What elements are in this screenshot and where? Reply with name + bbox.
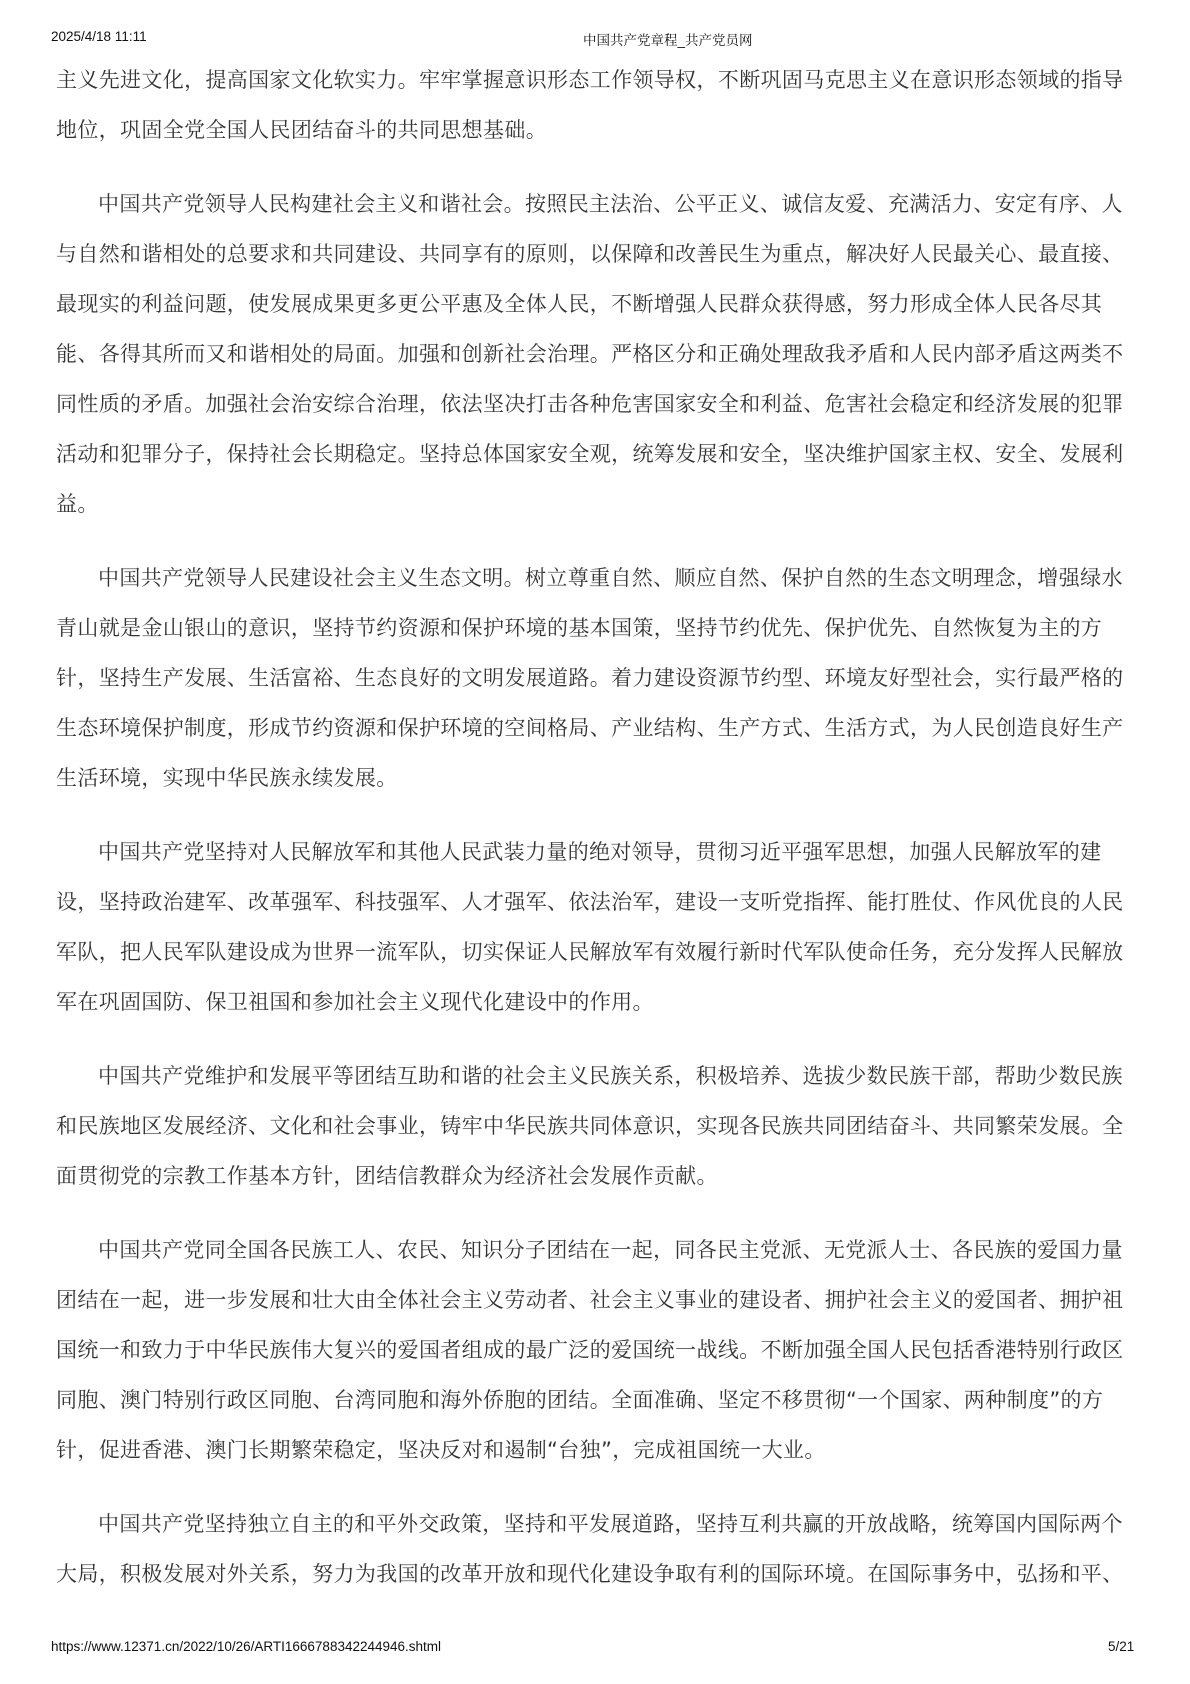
paragraph-line: 面贯彻党的宗教工作基本方针，团结信教群众为经济社会发展作贡献。 — [56, 1158, 1136, 1208]
paragraph-line: 中国共产党领导人民构建社会主义和谐社会。按照民主法治、公平正义、诚信友爱、充满活… — [56, 186, 1136, 236]
paragraph-line: 中国共产党维护和发展平等团结互助和谐的社会主义民族关系，积极培养、选拔少数民族干… — [56, 1058, 1136, 1108]
paragraph-line: 中国共产党坚持独立自主的和平外交政策，坚持和平发展道路，坚持互利共赢的开放战略，… — [56, 1506, 1136, 1556]
paragraph-line: 同胞、澳门特别行政区同胞、台湾同胞和海外侨胞的团结。全面准确、坚定不移贯彻“一个… — [56, 1382, 1136, 1432]
print-source-url: https://www.12371.cn/2022/10/26/ARTI1666… — [51, 1639, 441, 1654]
print-page-title: 中国共产党章程_共产党员网 — [583, 29, 753, 49]
article-paragraph: 中国共产党领导人民建设社会主义生态文明。树立尊重自然、顺应自然、保护自然的生态文… — [56, 560, 1136, 810]
paragraph-line: 活动和犯罪分子，保持社会长期稳定。坚持总体国家安全观，统筹发展和安全，坚决维护国… — [56, 436, 1136, 486]
paragraph-line: 地位，巩固全党全国人民团结奋斗的共同思想基础。 — [56, 112, 1136, 162]
paragraph-line: 针，坚持生产发展、生活富裕、生态良好的文明发展道路。着力建设资源节约型、环境友好… — [56, 660, 1136, 710]
paragraph-line: 青山就是金山银山的意识，坚持节约资源和保护环境的基本国策，坚持节约优先、保护优先… — [56, 610, 1136, 660]
paragraph-line: 军在巩固国防、保卫祖国和参加社会主义现代化建设中的作用。 — [56, 984, 1136, 1034]
paragraph-line: 能、各得其所而又和谐相处的局面。加强和创新社会治理。严格区分和正确处理敌我矛盾和… — [56, 336, 1136, 386]
paragraph-line: 益。 — [56, 486, 1136, 536]
article-body: 主义先进文化，提高国家文化软实力。牢牢掌握意识形态工作领导权，不断巩固马克思主义… — [56, 62, 1136, 1630]
paragraph-line: 中国共产党领导人民建设社会主义生态文明。树立尊重自然、顺应自然、保护自然的生态文… — [56, 560, 1136, 610]
paragraph-line: 团结在一起，进一步发展和壮大由全体社会主义劳动者、社会主义事业的建设者、拥护社会… — [56, 1282, 1136, 1332]
print-header: 2025/4/18 11:11 中国共产党章程_共产党员网 — [0, 29, 1190, 49]
print-footer: https://www.12371.cn/2022/10/26/ARTI1666… — [0, 1639, 1190, 1659]
print-datetime: 2025/4/18 11:11 — [51, 29, 147, 44]
paragraph-line: 主义先进文化，提高国家文化软实力。牢牢掌握意识形态工作领导权，不断巩固马克思主义… — [56, 62, 1136, 112]
article-paragraph: 中国共产党维护和发展平等团结互助和谐的社会主义民族关系，积极培养、选拔少数民族干… — [56, 1058, 1136, 1208]
paragraph-line: 军队，把人民军队建设成为世界一流军队，切实保证人民解放军有效履行新时代军队使命任… — [56, 934, 1136, 984]
paragraph-line: 和民族地区发展经济、文化和社会事业，铸牢中华民族共同体意识，实现各民族共同团结奋… — [56, 1108, 1136, 1158]
paragraph-line: 中国共产党同全国各民族工人、农民、知识分子团结在一起，同各民主党派、无党派人士、… — [56, 1232, 1136, 1282]
paragraph-line: 国统一和致力于中华民族伟大复兴的爱国者组成的最广泛的爱国统一战线。不断加强全国人… — [56, 1332, 1136, 1382]
paragraph-line: 中国共产党坚持对人民解放军和其他人民武装力量的绝对领导，贯彻习近平强军思想，加强… — [56, 834, 1136, 884]
paragraph-line: 生活环境，实现中华民族永续发展。 — [56, 760, 1136, 810]
paragraph-line: 大局，积极发展对外关系，努力为我国的改革开放和现代化建设争取有利的国际环境。在国… — [56, 1556, 1136, 1606]
article-paragraph: 中国共产党坚持对人民解放军和其他人民武装力量的绝对领导，贯彻习近平强军思想，加强… — [56, 834, 1136, 1034]
article-paragraph: 主义先进文化，提高国家文化软实力。牢牢掌握意识形态工作领导权，不断巩固马克思主义… — [56, 62, 1136, 162]
paragraph-line: 与自然和谐相处的总要求和共同建设、共同享有的原则，以保障和改善民生为重点，解决好… — [56, 236, 1136, 286]
print-page-number: 5/21 — [1108, 1639, 1134, 1654]
paragraph-line: 生态环境保护制度，形成节约资源和保护环境的空间格局、产业结构、生产方式、生活方式… — [56, 710, 1136, 760]
paragraph-line: 设，坚持政治建军、改革强军、科技强军、人才强军、依法治军，建设一支听党指挥、能打… — [56, 884, 1136, 934]
paragraph-line: 针，促进香港、澳门长期繁荣稳定，坚决反对和遏制“台独”，完成祖国统一大业。 — [56, 1432, 1136, 1482]
paragraph-line: 同性质的矛盾。加强社会治安综合治理，依法坚决打击各种危害国家安全和利益、危害社会… — [56, 386, 1136, 436]
paragraph-line: 最现实的利益问题，使发展成果更多更公平惠及全体人民，不断增强人民群众获得感，努力… — [56, 286, 1136, 336]
article-paragraph: 中国共产党坚持独立自主的和平外交政策，坚持和平发展道路，坚持互利共赢的开放战略，… — [56, 1506, 1136, 1606]
article-paragraph: 中国共产党领导人民构建社会主义和谐社会。按照民主法治、公平正义、诚信友爱、充满活… — [56, 186, 1136, 536]
article-paragraph: 中国共产党同全国各民族工人、农民、知识分子团结在一起，同各民主党派、无党派人士、… — [56, 1232, 1136, 1482]
